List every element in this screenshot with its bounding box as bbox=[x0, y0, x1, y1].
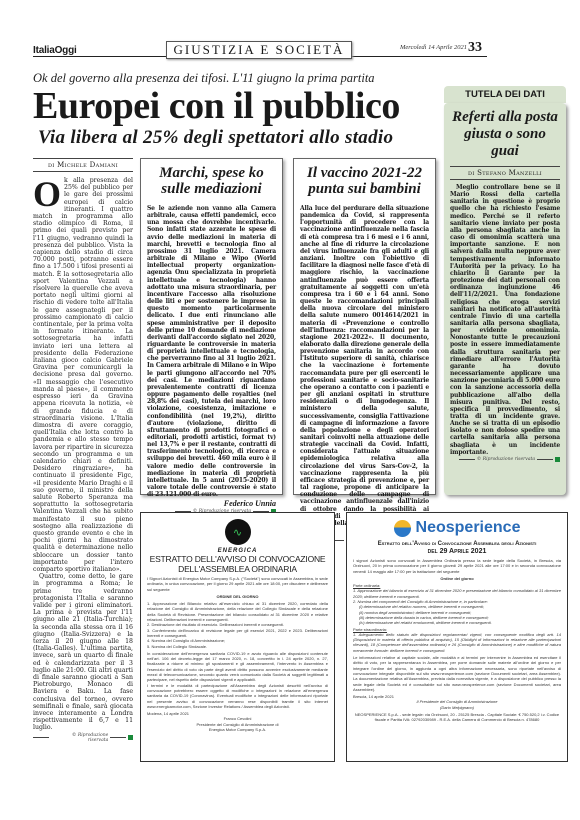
box-marchi: Marchi, spese ko sulle mediazioni Se le … bbox=[140, 158, 283, 495]
masthead-logo: ItaliaOggi bbox=[33, 45, 77, 56]
article-subhead: Via libera al 25% degli spettatori allo … bbox=[38, 127, 393, 149]
neosperience-title-2: del 29 Aprile 2021 bbox=[353, 548, 561, 556]
energica-logo-icon: ∿ bbox=[225, 519, 251, 545]
neosperience-agenda-title: Ordine del giorno bbox=[353, 576, 561, 581]
copyright-note: © Riproduzione riservata bbox=[33, 733, 133, 743]
energica-title-2: DELL'ASSEMBLEA ORDINARIA bbox=[147, 564, 328, 574]
energica-agenda-item: 1. Approvazione del Bilancio relativo al… bbox=[147, 601, 328, 622]
energica-agenda-item: 5. Nomina del Collegio Sindacale. bbox=[147, 644, 328, 649]
issue-date: Mercoledì 14 Aprile 2021 bbox=[400, 44, 467, 51]
neosperience-signer: (Dario Melpignano) bbox=[353, 705, 561, 710]
box-marchi-title: Marchi, spese ko sulle mediazioni bbox=[147, 165, 276, 197]
box-vaccino-title: Il vaccino 2021-22 punta sui bambini bbox=[300, 165, 429, 197]
article-body: Ok alla presenza del 25% del pubblico pe… bbox=[33, 177, 133, 573]
sidebar-box: Referti alla posta giusta o sono guai di… bbox=[444, 103, 566, 495]
article-headline: Europei con il pubblico bbox=[33, 86, 400, 126]
energica-company: Energica Motor Company S.p.A. bbox=[147, 727, 328, 732]
sidebar-tag: TUTELA DEI DATI bbox=[444, 86, 566, 103]
box-vaccino-body: Alla luce del perdurare della situazione… bbox=[300, 205, 429, 527]
energica-title-1: ESTRATTO DELL'AVVISO DI CONVOCAZIONE bbox=[147, 554, 328, 564]
box-marchi-signature: Federico Unnia bbox=[147, 499, 276, 508]
box-vaccino: Il vaccino 2021-22 punta sui bambini All… bbox=[293, 158, 436, 495]
article-byline: di Michele Damiani bbox=[33, 158, 133, 172]
neosperience-agenda-item: 1. Approvazione del bilancio di esercizi… bbox=[353, 588, 561, 599]
energica-covid-note: In considerazione dell'emergenza sanitar… bbox=[147, 651, 328, 683]
section-title: GIUSTIZIA E SOCIETÀ bbox=[166, 41, 352, 59]
box-marchi-body: Se le aziende non vanno alla Camera arbi… bbox=[147, 205, 276, 498]
neosperience-title-1: Estratto dell'Avviso di Convocazione Ass… bbox=[353, 540, 561, 548]
sidebar-copyright: © Riproduzione riservata bbox=[450, 457, 560, 462]
energica-intro: I Signori Azionisti di Energica Motor Co… bbox=[147, 576, 328, 592]
end-square-icon bbox=[555, 457, 560, 462]
sidebar-byline: di Stefano Manzelli bbox=[450, 166, 560, 180]
neosperience-logo-icon bbox=[394, 520, 411, 537]
neosperience-info: Le informazioni relative al capitale soc… bbox=[353, 655, 561, 692]
energica-agenda-title: ORDINE DEL GIORNO bbox=[147, 594, 328, 599]
main-article-column: di Michele Damiani Ok alla presenza del … bbox=[33, 158, 133, 743]
article-kicker: Ok del governo alla presenza dei tifosi.… bbox=[33, 71, 375, 86]
energica-agenda-item: 3. Conferimento dell'incarico di revisio… bbox=[147, 628, 328, 639]
neosperience-intro: I signori Azionisti sono convocati in As… bbox=[353, 558, 561, 574]
neosperience-footer: NEOSPERIENCE S.p.A. - sede legale: via O… bbox=[353, 712, 561, 723]
neosperience-extra-item: 1. Adeguamento dello statuto alle dispos… bbox=[353, 632, 561, 653]
energica-terms-note: I termini e le modalità di partecipazion… bbox=[147, 683, 328, 709]
sidebar-title: Referti alla posta giusta o sono guai bbox=[450, 109, 560, 160]
drop-cap: O bbox=[33, 179, 61, 209]
end-square-icon bbox=[128, 735, 133, 740]
sidebar-body: Meglio controllare bene se il Mario Ross… bbox=[450, 184, 560, 456]
article-body-2: Quattro, come detto, le gare in programm… bbox=[33, 573, 133, 731]
energica-ad: ∿ ENERGICA ESTRATTO DELL'AVVISO DI CONVO… bbox=[140, 512, 335, 762]
neosperience-ad: Neosperience Estratto dell'Avviso di Con… bbox=[346, 512, 568, 762]
page-number: 33 bbox=[468, 40, 482, 56]
neosperience-logo: Neosperience bbox=[353, 519, 561, 537]
neosperience-agenda-item: (iv) determinazione dei relativi emolume… bbox=[353, 620, 561, 625]
